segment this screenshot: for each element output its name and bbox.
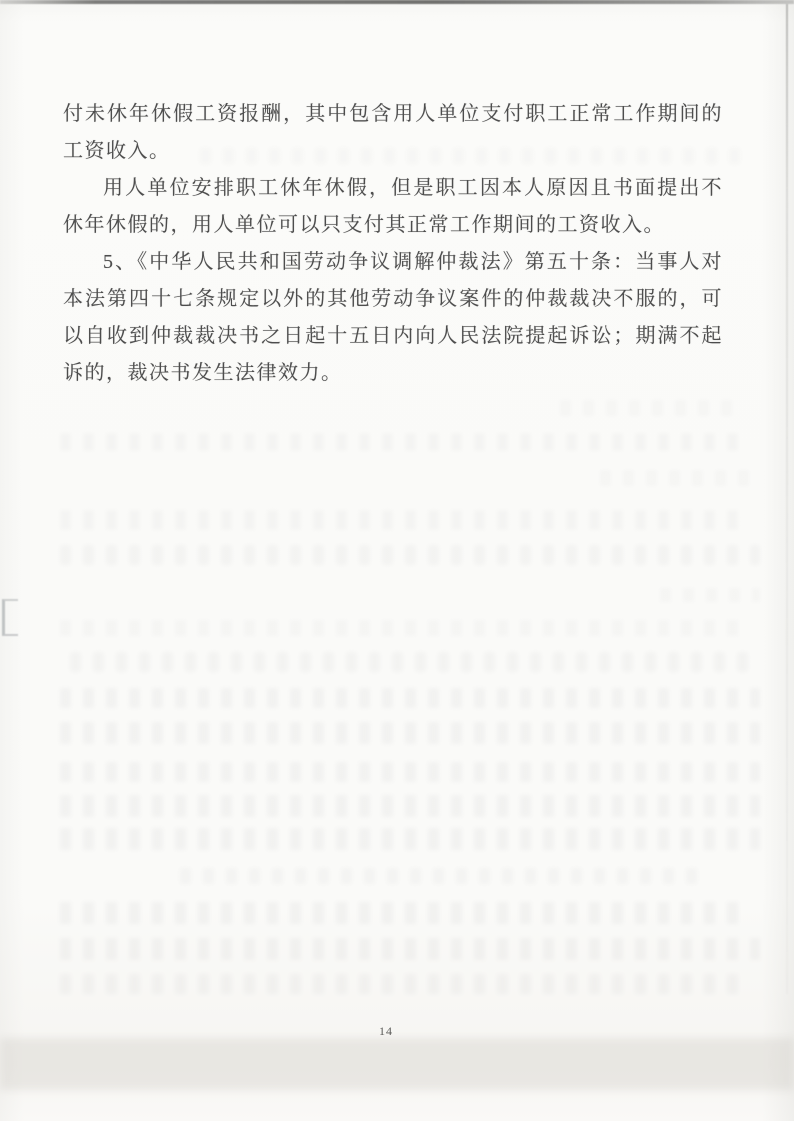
body-text: 付未休年休假工资报酬，其中包含用人单位支付职工正常工作期间的工资收入。 用人单位… <box>63 96 723 392</box>
bleed-through-text-line <box>660 588 760 602</box>
bleed-through-text-line <box>60 795 760 817</box>
bleed-through-text-line <box>70 652 750 672</box>
bleed-through-text-line <box>60 688 760 708</box>
paragraph-annual-leave-pay: 付未休年休假工资报酬，其中包含用人单位支付职工正常工作期间的工资收入。 <box>63 96 723 170</box>
bleed-through-text-line <box>60 762 760 782</box>
bleed-through-text-line <box>60 620 750 636</box>
bottom-scan-shadow <box>0 1038 794 1090</box>
page-number: 14 <box>379 1024 393 1039</box>
scan-edge-right-line <box>786 4 788 994</box>
bleed-through-text-line <box>560 400 740 416</box>
scan-edge-top-line <box>0 0 794 4</box>
bleed-through-text-line <box>60 510 750 530</box>
scanned-document-page: 付未休年休假工资报酬，其中包含用人单位支付职工正常工作期间的工资收入。 用人单位… <box>0 0 794 1121</box>
bleed-through-text-line <box>600 470 760 486</box>
bleed-through-text-line <box>60 938 760 960</box>
margin-bracket-mark <box>2 599 18 636</box>
bleed-through-text-line <box>60 828 760 850</box>
bleed-through-text-line <box>60 902 740 924</box>
bleed-through-text-line <box>60 974 750 994</box>
bleed-through-text-line <box>60 433 740 451</box>
bleed-through-text-line <box>180 868 700 884</box>
bleed-through-text-line <box>60 722 760 744</box>
paragraph-arbitration-law-article-50: 5、《中华人民共和国劳动争议调解仲裁法》第五十条：当事人对本法第四十七条规定以外… <box>63 244 723 392</box>
paragraph-employer-arranged-leave: 用人单位安排职工休年休假，但是职工因本人原因且书面提出不休年休假的，用人单位可以… <box>63 170 723 244</box>
bleed-through-text-line <box>60 545 760 565</box>
